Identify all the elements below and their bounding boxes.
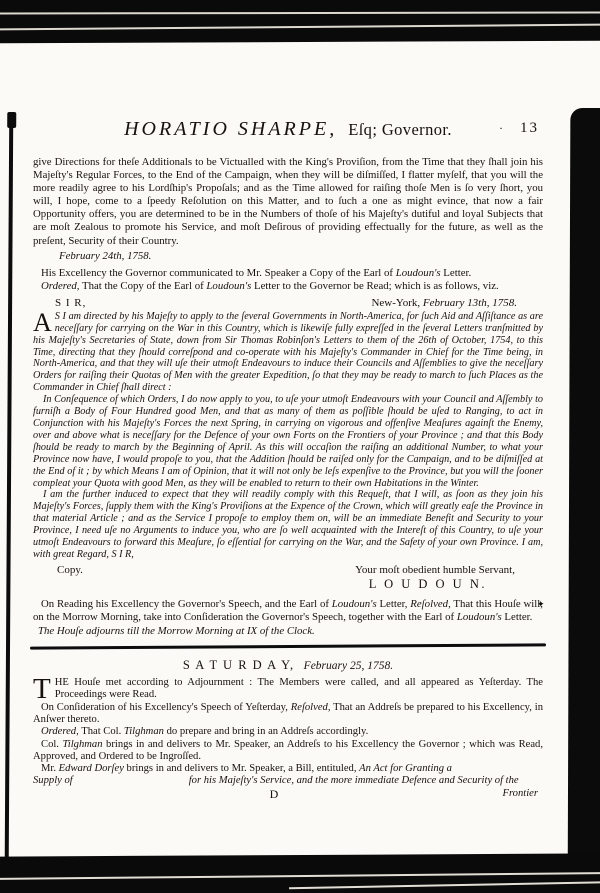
scan-artifact-top-band (0, 0, 600, 43)
text-run: brings in and delivers to Mr. Speaker, a… (33, 739, 543, 762)
adjournment-line: The Houſe adjourns till the Morrow Morni… (33, 625, 543, 637)
text-run: That the Copy of the Earl of (79, 280, 206, 292)
on-reading-paragraph: On Reading his Excellency the Governor's… (33, 598, 543, 624)
saturday-paragraph-3: Ordered, That Col. Tilghman do prepare a… (33, 726, 543, 738)
letter-closing-row: Copy. Your moſt obedient humble Servant, (33, 564, 543, 576)
scanned-document-page: ✦ HORATIO SHARPE, Eſq; Governor. · 13 gi… (0, 0, 600, 893)
running-header-suffix: Eſq; Governor. (348, 120, 452, 139)
saturday-session-heading: S A T U R D A Y, February 25, 1758. (33, 656, 543, 672)
text-run: HE Houſe met according to Adjournment : … (55, 677, 543, 700)
text-run-italic: Loudoun's (206, 280, 251, 292)
text-run-italic: Loudoun's (457, 611, 502, 623)
scan-artifact-bottom-band (0, 853, 600, 893)
text-run-italic: Reſolved, (410, 598, 450, 610)
section-divider-rule (30, 643, 546, 649)
ordered-paragraph: Ordered, That the Copy of the Earl of Lo… (33, 280, 543, 293)
copy-label: Copy. (57, 564, 83, 576)
text-run: Mr. (41, 763, 59, 774)
text-run-italic: An Act for Granting a (359, 763, 452, 774)
page-number: 13 (520, 120, 539, 137)
text-run-italic: Reſolved, (291, 702, 331, 713)
text-run: do prepare and bring in an Addreſs accor… (164, 726, 368, 737)
session-day-label: S A T U R D A Y, (183, 658, 295, 672)
running-header-dot: · (499, 121, 503, 136)
text-run-italic: Supply of (33, 775, 73, 786)
text-run-italic: Loudoun's (332, 598, 377, 610)
text-run: On Conſideration of his Excellency's Spe… (41, 702, 291, 713)
running-header-name: HORATIO SHARPE, (124, 118, 337, 140)
text-run: Letter to the Governor be Read; which is… (251, 280, 498, 292)
letter-signature: L O U D O U N. (33, 577, 543, 592)
page-content: HORATIO SHARPE, Eſq; Governor. · 13 give… (33, 118, 543, 802)
text-run: His Excellency the Governor communicated… (41, 267, 396, 279)
text-run-italic: S I am directed by his Majeſty to apply … (33, 311, 543, 393)
text-run: On Reading his Excellency the Governor's… (41, 598, 332, 610)
text-run: Col. (41, 739, 62, 750)
text-run: Letter. (441, 267, 472, 279)
session-date-label: February 25, 1758. (304, 660, 393, 672)
letter-salutation-row: S I R, New-York, February 13th, 1758. (33, 297, 543, 309)
scan-hairline (0, 872, 600, 879)
text-run: That Col. (79, 726, 124, 737)
text-run-italic: Ordered, (41, 726, 79, 737)
text-run-italic: Loudoun's (396, 267, 441, 279)
scan-artifact-right-band (568, 108, 600, 893)
salutation-sir: S I R, (55, 297, 86, 309)
letter-paragraph-2: In Conſequence of which Orders, I do now… (33, 394, 543, 489)
page-foot-row: D Frontier (33, 788, 543, 803)
text-run: Letter, (377, 598, 411, 610)
letter-paragraph-1: AS I am directed by his Majeſty to apply… (33, 311, 543, 394)
text-run-italic: Tilghman (124, 726, 164, 737)
letter-paragraph-3: I am the further induced to expect that … (33, 489, 543, 560)
drop-cap-a: A (33, 311, 55, 333)
scan-artifact-left-edge (5, 112, 14, 860)
text-run: brings in and delivers to Mr. Speaker, a… (124, 763, 359, 774)
bill-paragraph-line-1: Mr. Edward Dorſey brings in and delivers… (33, 763, 543, 775)
text-run-italic: February 13th, 1758. (423, 297, 517, 309)
salutation-dateline: New-York, February 13th, 1758. (371, 297, 517, 309)
saturday-paragraph-4: Col. Tilghman brings in and delivers to … (33, 739, 543, 764)
saturday-paragraph-2: On Conſideration of his Excellency's Spe… (33, 702, 543, 727)
scan-hairline (0, 24, 600, 31)
text-run-italic: for his Majeſty's Service, and the more … (189, 775, 519, 786)
communicated-paragraph: His Excellency the Governor communicated… (33, 267, 543, 280)
speech-date-line: February 24th, 1758. (59, 250, 543, 262)
text-run: Letter. (502, 611, 533, 623)
letter-closing: Your moſt obedient humble Servant, (355, 564, 515, 576)
text-run-italic: Ordered, (41, 280, 79, 292)
text-run-italic: Edward Dorſey (59, 763, 124, 774)
scan-hairline (289, 881, 600, 889)
printers-signature-mark: D (270, 788, 279, 801)
saturday-paragraph-1: THE Houſe met according to Adjournment :… (33, 677, 543, 702)
catchword: Frontier (502, 788, 538, 801)
drop-cap-t: T (33, 677, 55, 701)
running-header: HORATIO SHARPE, Eſq; Governor. · 13 (33, 118, 543, 145)
speech-conclusion-paragraph: give Directions for theſe Additionals to… (33, 156, 543, 248)
bill-paragraph-line-2: Supply offor his Majeſty's Service, and … (33, 775, 543, 787)
text-run: New-York, (371, 297, 422, 309)
text-run-italic: Tilghman (62, 739, 102, 750)
scan-hairline (0, 11, 600, 14)
